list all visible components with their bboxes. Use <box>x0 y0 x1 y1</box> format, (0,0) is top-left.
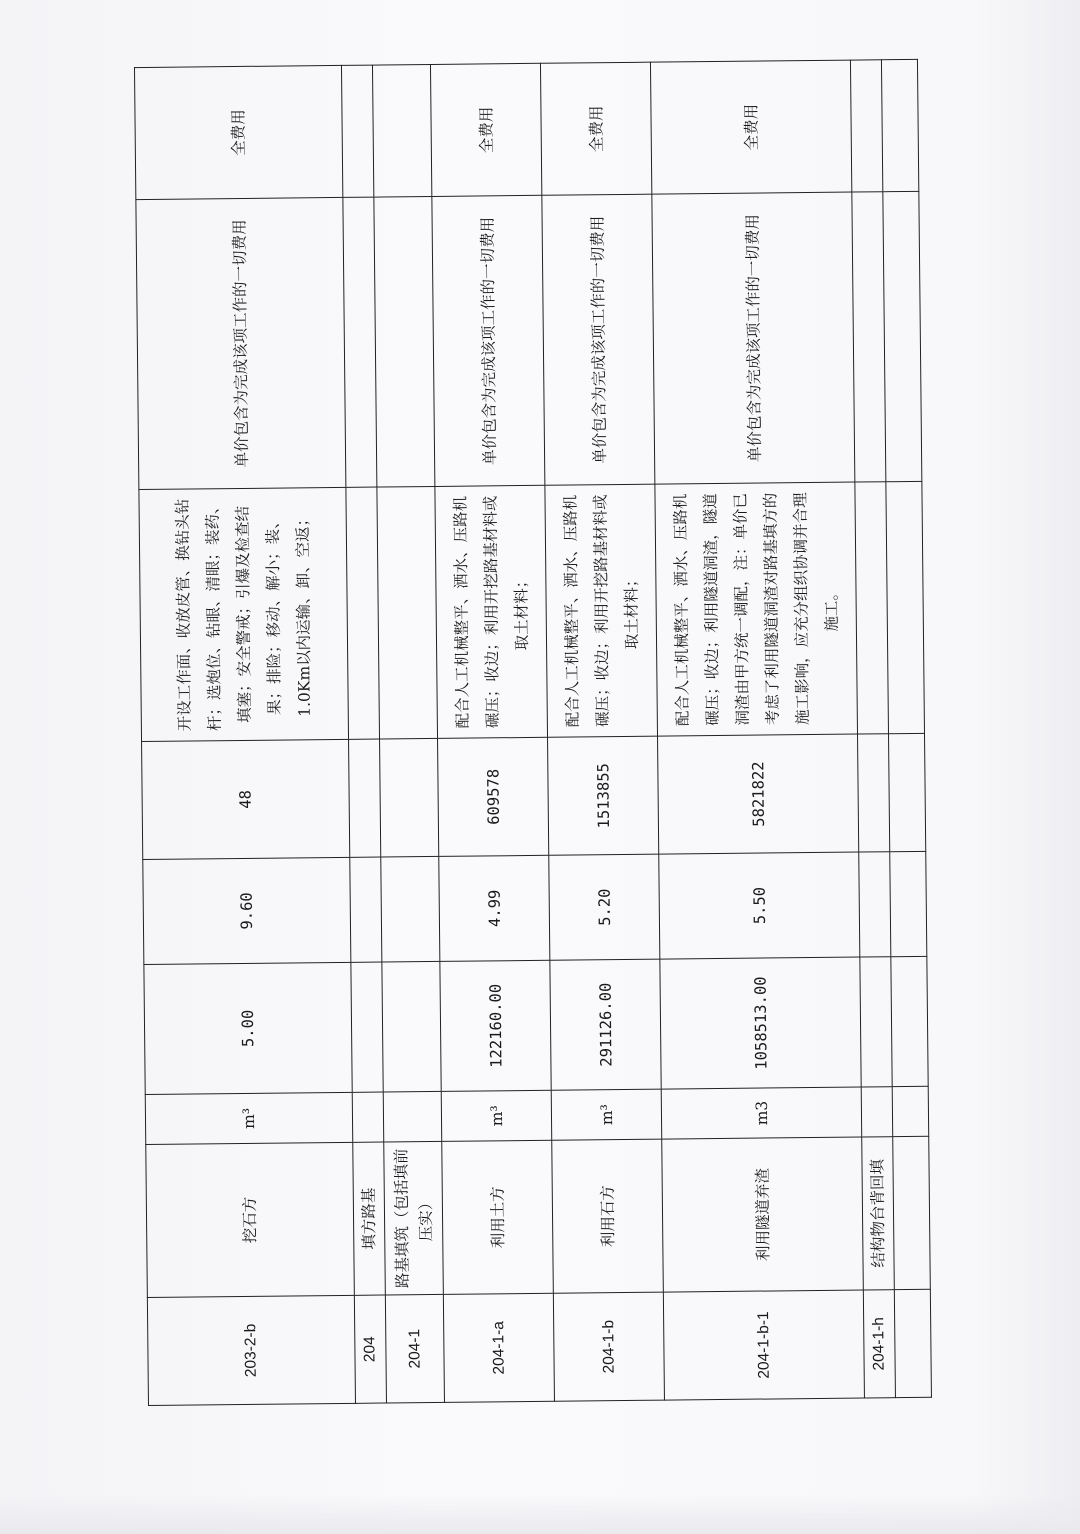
item-unit <box>352 1092 384 1142</box>
item-quantity: 291126.00 <box>550 959 661 1090</box>
item-name: 路基填筑（包括填前压实） <box>384 1141 444 1295</box>
item-code: 204-1 <box>385 1294 444 1403</box>
item-pricing-note <box>883 191 922 481</box>
item-name: 利用隧道弃渣 <box>662 1137 864 1292</box>
item-amount: 1513855 <box>548 736 659 855</box>
item-remarks <box>850 60 882 192</box>
item-work-content <box>377 486 438 739</box>
item-remarks: 全费用 <box>540 62 651 195</box>
item-quantity: 1058513.00 <box>660 957 861 1089</box>
item-unit: m3 <box>661 1087 862 1139</box>
item-pricing-note: 单价包含为完成该项工作的一切费用 <box>136 197 346 489</box>
item-quantity: 5.00 <box>144 962 352 1094</box>
item-unit-price <box>350 857 382 962</box>
item-name: 挖石方 <box>146 1142 355 1297</box>
item-unit: m³ <box>441 1090 552 1141</box>
item-quantity <box>891 956 928 1086</box>
item-code: 204-1-b <box>553 1292 664 1401</box>
item-code: 204-1-b-1 <box>663 1290 864 1400</box>
item-quantity: 122160.00 <box>440 960 551 1091</box>
page-bottom-shadow <box>0 1494 1080 1534</box>
item-remarks <box>881 59 918 191</box>
table-row: 203-2-b 挖石方 m³ 5.00 9.60 48 开设工作面、收放皮管、换… <box>134 65 355 1405</box>
item-quantity <box>860 957 892 1087</box>
item-unit <box>892 1086 929 1136</box>
item-unit-price <box>859 852 891 957</box>
item-name: 利用土方 <box>442 1140 554 1294</box>
item-remarks <box>372 64 431 197</box>
item-unit-price: 5.50 <box>659 852 860 959</box>
item-pricing-note <box>374 196 435 487</box>
item-unit-price: 5.20 <box>549 854 660 960</box>
item-amount <box>858 734 890 852</box>
item-code: 204 <box>354 1295 386 1403</box>
item-amount <box>349 739 381 857</box>
item-name: 结构物台背回填 <box>862 1137 895 1290</box>
item-pricing-note: 单价包含为完成该项工作的一切费用 <box>652 192 855 484</box>
item-work-content <box>346 487 380 739</box>
table-row: 204-1-a 利用土方 m³ 122160.00 4.99 609578 配合… <box>430 63 554 1402</box>
item-work-content <box>855 482 889 734</box>
item-amount: 5821822 <box>658 734 859 854</box>
item-name: 填方路基 <box>353 1142 386 1295</box>
item-pricing-note: 单价包含为完成该项工作的一切费用 <box>542 194 655 485</box>
item-unit-price <box>890 851 927 956</box>
item-amount: 48 <box>142 739 350 859</box>
item-quantity <box>382 961 441 1092</box>
item-unit: m³ <box>551 1089 662 1140</box>
item-amount: 609578 <box>438 737 549 856</box>
item-work-content: 配合人工机械整平、洒水、压路机碾压；收边；利用开挖路基材料或取土材料； <box>545 484 658 737</box>
item-pricing-note <box>343 197 377 487</box>
item-remarks <box>341 65 373 197</box>
rotated-table-container: 203-2-b 挖石方 m³ 5.00 9.60 48 开设工作面、收放皮管、换… <box>134 60 918 1406</box>
bill-of-quantities-table: 203-2-b 挖石方 m³ 5.00 9.60 48 开设工作面、收放皮管、换… <box>134 59 932 1406</box>
table-row: 204-1-b 利用石方 m³ 291126.00 5.20 1513855 配… <box>540 62 664 1401</box>
item-work-content: 开设工作面、收放皮管、换钻头钻杆；选炮位、钻眼、清眼；装药、填塞；安全警戒；引爆… <box>139 487 349 741</box>
item-unit-price: 9.60 <box>143 857 351 964</box>
table-row: 204-1-b-1 利用隧道弃渣 m3 1058513.00 5.50 5821… <box>650 60 864 1400</box>
item-name <box>893 1136 931 1289</box>
item-remarks: 全费用 <box>134 65 342 199</box>
item-quantity <box>351 962 383 1092</box>
item-remarks: 全费用 <box>430 63 541 196</box>
item-unit <box>861 1087 893 1137</box>
item-remarks: 全费用 <box>650 60 851 194</box>
item-code: 204-1-a <box>443 1293 554 1402</box>
item-code: 204-1-h <box>863 1290 895 1398</box>
item-pricing-note: 单价包含为完成该项工作的一切费用 <box>432 195 545 486</box>
item-work-content: 配合人工机械整平、洒水、压路机碾压；收边；利用隧道洞渣，隧道洞渣由甲方统一调配，… <box>655 482 858 736</box>
item-unit: m³ <box>145 1092 353 1144</box>
item-unit <box>383 1091 442 1142</box>
item-work-content <box>886 481 925 733</box>
item-amount <box>380 738 439 857</box>
item-unit-price: 4.99 <box>439 855 550 961</box>
item-code: 203-2-b <box>147 1295 355 1405</box>
item-unit-price <box>381 856 440 962</box>
item-name: 利用石方 <box>552 1139 664 1293</box>
item-amount <box>889 733 926 851</box>
item-work-content: 配合人工机械整平、洒水、压路机碾压；收边；利用开挖路基材料或取土材料； <box>435 485 548 738</box>
item-pricing-note <box>852 192 886 482</box>
item-code <box>894 1289 931 1397</box>
